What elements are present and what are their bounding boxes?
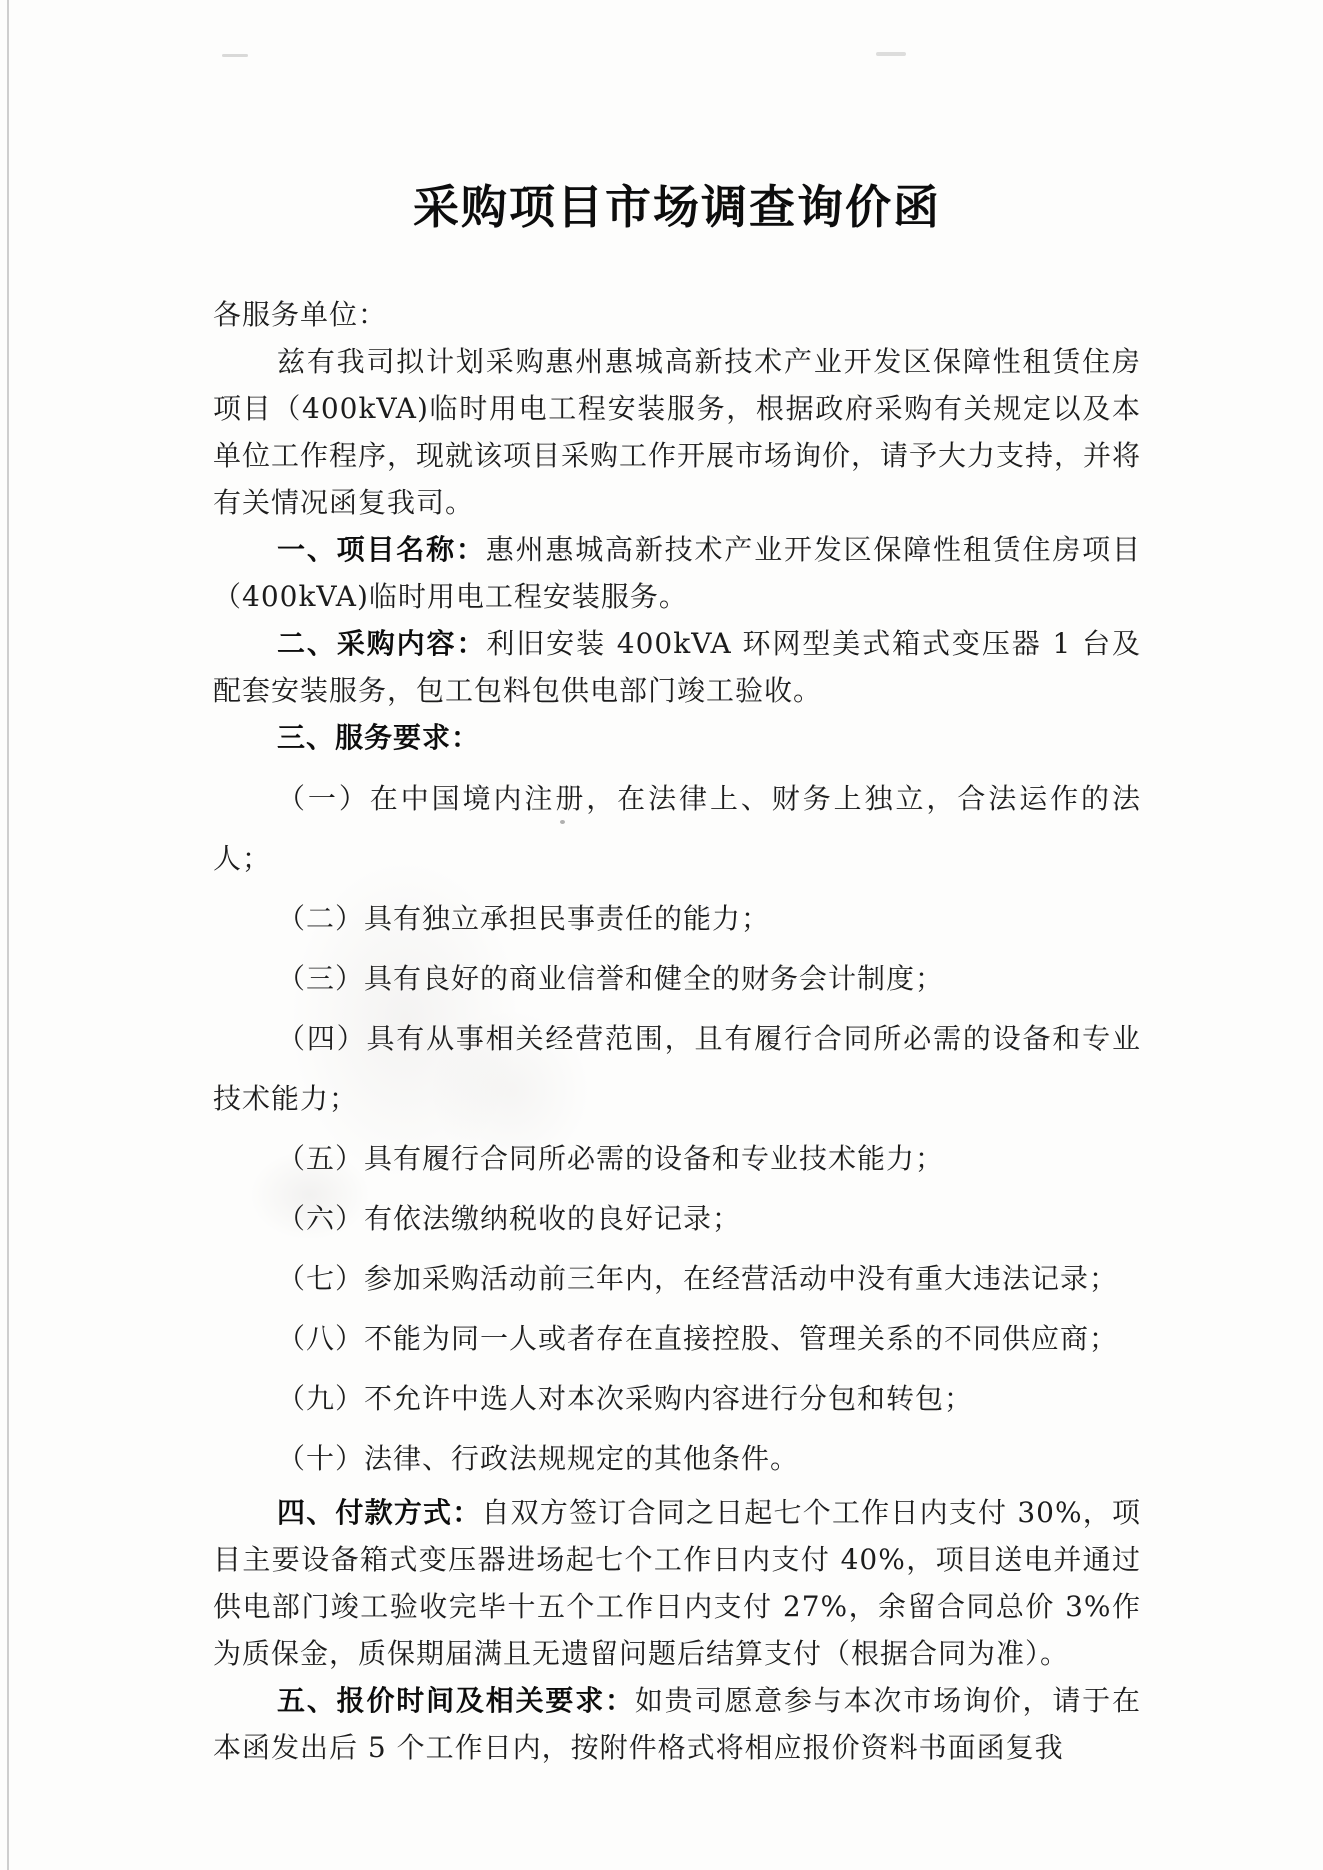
section-project-label: 一、项目名称： [277,533,486,566]
service-requirements-list: （一）在中国境内注册，在法律上、财务上独立，合法运作的法人； （二）具有独立承担… [213,769,1141,1489]
section-content-label: 二、采购内容： [277,627,486,660]
section-payment-label: 四、付款方式： [277,1496,481,1529]
requirement-item: （一）在中国境内注册，在法律上、财务上独立，合法运作的法人； [213,769,1141,889]
salutation-line: 各服务单位： [213,291,1141,338]
scan-edge-line [7,0,9,1870]
requirement-item: （六）有依法缴纳税收的良好记录； [213,1189,1141,1249]
section-project-name: 一、项目名称：惠州惠城高新技术产业开发区保障性租赁住房项目（400kVA)临时用… [213,526,1141,620]
section-service-heading: 三、服务要求： [213,714,1141,761]
intro-paragraph: 兹有我司拟计划采购惠州惠城高新技术产业开发区保障性租赁住房项目（400kVA)临… [213,338,1141,526]
requirement-item: （五）具有履行合同所必需的设备和专业技术能力； [213,1129,1141,1189]
scan-artifact [222,54,248,57]
requirement-item: （八）不能为同一人或者存在直接控股、管理关系的不同供应商； [213,1309,1141,1369]
requirement-item: （二）具有独立承担民事责任的能力； [213,889,1141,949]
document-page: 采购项目市场调查询价函 各服务单位： 兹有我司拟计划采购惠州惠城高新技术产业开发… [0,0,1323,1870]
section-quotation-label: 五、报价时间及相关要求： [277,1684,635,1717]
requirement-item: （十）法律、行政法规规定的其他条件。 [213,1429,1141,1489]
requirement-item: （四）具有从事相关经营范围，且有履行合同所必需的设备和专业技术能力； [213,1009,1141,1129]
document-title: 采购项目市场调查询价函 [213,177,1141,237]
section-procurement-content: 二、采购内容：利旧安装 400kVA 环网型美式箱式变压器 1 台及配套安装服务… [213,620,1141,714]
section-service-label: 三、服务要求： [277,721,480,754]
section-quotation-requirements: 五、报价时间及相关要求：如贵司愿意参与本次市场询价，请于在本函发出后 5 个工作… [213,1677,1141,1771]
requirement-item: （七）参加采购活动前三年内，在经营活动中没有重大违法记录； [213,1249,1141,1309]
requirement-item: （九）不允许中选人对本次采购内容进行分包和转包； [213,1369,1141,1429]
requirement-item: （三）具有良好的商业信誉和健全的财务会计制度； [213,949,1141,1009]
text-column: 采购项目市场调查询价函 各服务单位： 兹有我司拟计划采购惠州惠城高新技术产业开发… [213,177,1141,1771]
section-payment-terms: 四、付款方式：自双方签订合同之日起七个工作日内支付 30%，项目主要设备箱式变压… [213,1489,1141,1677]
scan-artifact [876,52,906,56]
